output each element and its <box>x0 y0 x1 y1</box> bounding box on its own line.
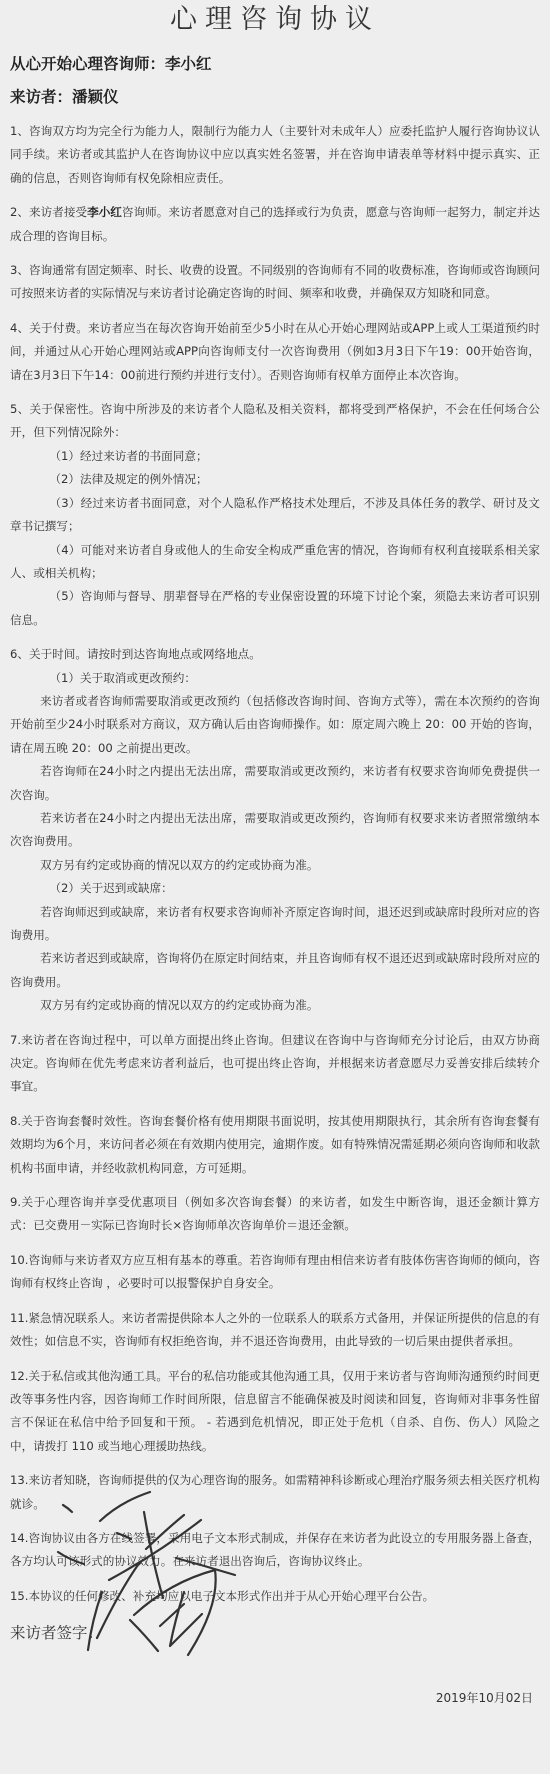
clause-12: 12.关于私信或其他沟通工具。平台的私信功能或其他沟通工具，仅用于来访者与咨询师… <box>10 1365 540 1459</box>
clause-11-text: 11.紧急情况联系人。来访者需提供除本人之外的一位联系人的联系方式备用，并保证所… <box>10 1307 540 1354</box>
clause-6-sub1-title: （1）关于取消或更改预约： <box>10 667 540 690</box>
clause-6-paragraph: 若咨询师迟到或缺席，来访者有权要求咨询师补齐原定咨询时间，退还迟到或缺席时段所对… <box>10 901 540 948</box>
clause-8: 8.关于咨询套餐时效性。咨询套餐价格有使用期限书面说明，按其使用期限执行，其余所… <box>10 1110 540 1180</box>
clause-2-text: 2、来访者接受李小红咨询师。来访者愿意对自己的选择或行为负责，愿意与咨询师一起努… <box>10 201 540 248</box>
clause-6-paragraph: 双方另有约定或协商的情况以双方的约定或协商为准。 <box>10 994 540 1017</box>
clause-3-text: 3、咨询通常有固定频率、时长、收费的设置。不同级别的咨询师有不同的收费标准，咨询… <box>10 259 540 306</box>
clause-4: 4、关于付费。来访者应当在每次咨询开始前至少5小时在从心开始心理网站或APP上或… <box>10 317 540 387</box>
clause-6: 6、关于时间。请按时到达咨询地点或网络地点。 （1）关于取消或更改预约： 来访者… <box>10 643 540 1018</box>
clause-9-text: 9.关于心理咨询并享受优惠项目（例如多次咨询套餐）的来访者，如发生中断咨询，退还… <box>10 1191 540 1238</box>
handwritten-signature-icon <box>0 1480 300 1680</box>
clause-5-intro: 5、关于保密性。咨询中所涉及的来访者个人隐私及相关资料，都将受到严格保护，不会在… <box>10 398 540 445</box>
clause-3: 3、咨询通常有固定频率、时长、收费的设置。不同级别的咨询师有不同的收费标准，咨询… <box>10 259 540 306</box>
visitor-line: 来访者：潘颖仪 <box>10 87 540 107</box>
clause-9: 9.关于心理咨询并享受优惠项目（例如多次咨询套餐）的来访者，如发生中断咨询，退还… <box>10 1191 540 1238</box>
clause-12-text: 12.关于私信或其他沟通工具。平台的私信功能或其他沟通工具，仅用于来访者与咨询师… <box>10 1365 540 1459</box>
clause-11: 11.紧急情况联系人。来访者需提供除本人之外的一位联系人的联系方式备用，并保证所… <box>10 1307 540 1354</box>
clause-10-text: 10.咨询师与来访者双方应互相有基本的尊重。若咨询师有理由相信来访者有肢体伤害咨… <box>10 1249 540 1296</box>
clause-1-text: 1、咨询双方均为完全行为能力人，限制行为能力人（主要针对未成年人）应委托监护人履… <box>10 120 540 190</box>
clause-6-paragraph: 来访者或者咨询师需要取消或更改预约（包括修改咨询时间、咨询方式等），需在本次预约… <box>10 690 540 760</box>
clause-6-intro: 6、关于时间。请按时到达咨询地点或网络地点。 <box>10 643 540 666</box>
clause-10: 10.咨询师与来访者双方应互相有基本的尊重。若咨询师有理由相信来访者有肢体伤害咨… <box>10 1249 540 1296</box>
clause-2-prefix: 2、来访者接受 <box>10 205 87 219</box>
clause-6-paragraph: 若咨询师在24小时之内提出无法出席，需要取消或更改预约，来访者有权要求咨询师免费… <box>10 760 540 807</box>
clause-8-text: 8.关于咨询套餐时效性。咨询套餐价格有使用期限书面说明，按其使用期限执行，其余所… <box>10 1110 540 1180</box>
clause-6-paragraph: 双方另有约定或协商的情况以双方的约定或协商为准。 <box>10 854 540 877</box>
agreement-page: 心理咨询协议 从心开始心理咨询师：李小红 来访者：潘颖仪 1、咨询双方均为完全行… <box>0 0 550 1643</box>
counselor-name-highlight: 李小红 <box>87 205 122 219</box>
clause-6-paragraph: 若来访者在24小时之内提出无法出席，需要取消或更改预约，咨询师有权要求来访者照常… <box>10 807 540 854</box>
clause-5-item: （1）经过来访者的书面同意； <box>10 445 540 468</box>
signing-date: 2019年10月02日 <box>436 1689 533 1706</box>
page-title: 心理咨询协议 <box>10 0 540 42</box>
clause-7: 7.来访者在咨询过程中，可以单方面提出终止咨询。但建议在咨询中与咨询师充分讨论后… <box>10 1029 540 1099</box>
clause-5-item: （3）经过来访者书面同意，对个人隐私作严格技术处理后，不涉及具体任务的教学、研讨… <box>10 492 540 539</box>
clause-1: 1、咨询双方均为完全行为能力人，限制行为能力人（主要针对未成年人）应委托监护人履… <box>10 120 540 190</box>
clause-4-text: 4、关于付费。来访者应当在每次咨询开始前至少5小时在从心开始心理网站或APP上或… <box>10 317 540 387</box>
clause-5: 5、关于保密性。咨询中所涉及的来访者个人隐私及相关资料，都将受到严格保护，不会在… <box>10 398 540 632</box>
clause-5-item: （4）可能对来访者自身或他人的生命安全构成严重危害的情况，咨询师有权利直接联系相… <box>10 539 540 586</box>
clause-5-item: （5）咨询师与督导、朋辈督导在严格的专业保密设置的环境下讨论个案，须隐去来访者可… <box>10 585 540 632</box>
clause-list: 1、咨询双方均为完全行为能力人，限制行为能力人（主要针对未成年人）应委托监护人履… <box>10 120 540 1608</box>
clause-6-sub2-title: （2）关于迟到或缺席： <box>10 877 540 900</box>
clause-2: 2、来访者接受李小红咨询师。来访者愿意对自己的选择或行为负责，愿意与咨询师一起努… <box>10 201 540 248</box>
clause-5-item: （2）法律及规定的例外情况； <box>10 468 540 491</box>
clause-7-text: 7.来访者在咨询过程中，可以单方面提出终止咨询。但建议在咨询中与咨询师充分讨论后… <box>10 1029 540 1099</box>
clause-6-paragraph: 若来访者迟到或缺席，咨询将仍在原定时间结束，并且咨询师有权不退还迟到或缺席时段所… <box>10 947 540 994</box>
counselor-line: 从心开始心理咨询师：李小红 <box>10 54 540 74</box>
